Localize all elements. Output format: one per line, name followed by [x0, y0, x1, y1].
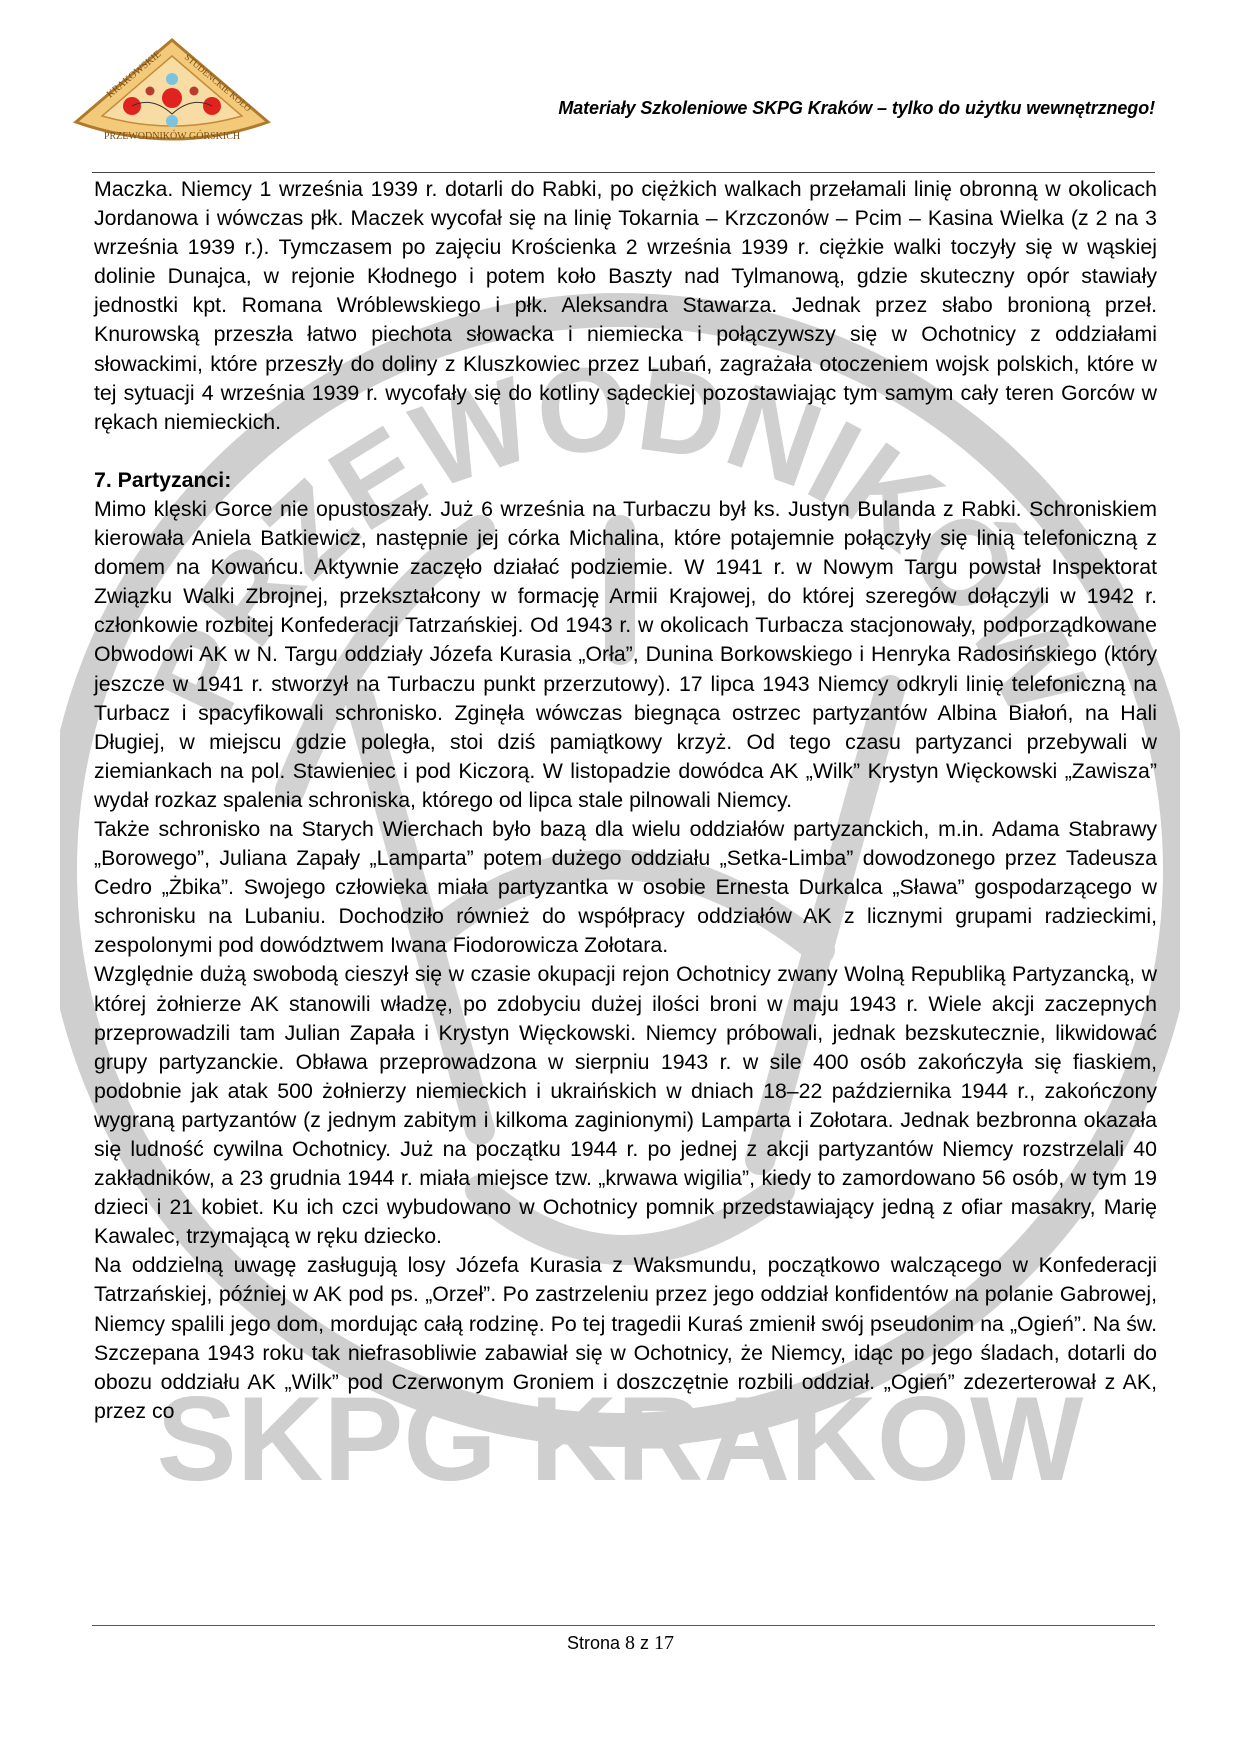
document-body: Maczka. Niemcy 1 września 1939 r. dotarl… [94, 175, 1157, 1426]
footer-divider [92, 1625, 1155, 1626]
page-label: Strona [567, 1633, 620, 1653]
page-number: Strona 8 z 17 [0, 1632, 1241, 1655]
paragraph: Także schronisko na Starych Wierchach by… [94, 815, 1157, 960]
intro-paragraph: Maczka. Niemcy 1 września 1939 r. dotarl… [94, 175, 1157, 437]
section-heading: 7. Partyzanci: [94, 466, 1157, 495]
current-page: 8 [625, 1632, 635, 1654]
paragraph: Na oddzielną uwagę zasługują losy Józefa… [94, 1251, 1157, 1426]
total-pages: 17 [654, 1632, 674, 1654]
header-title: Materiały Szkoleniowe SKPG Kraków – tylk… [558, 98, 1155, 119]
document-page: PRZEWODNIKÓW SKPG KRAKÓW KRAKOWSKIE STUD… [0, 0, 1241, 1755]
paragraph: Mimo klęski Gorce nie opustoszały. Już 6… [94, 495, 1157, 815]
paragraph: Względnie dużą swobodą cieszył się w cza… [94, 960, 1157, 1251]
of-label: z [640, 1633, 649, 1653]
header-divider [92, 172, 1155, 173]
skpg-logo-icon: KRAKOWSKIE STUDENCKIE KOŁO PRZEWODNIKÓW … [72, 36, 272, 151]
logo-text-bottom: PRZEWODNIKÓW GÓRSKICH [104, 130, 240, 142]
